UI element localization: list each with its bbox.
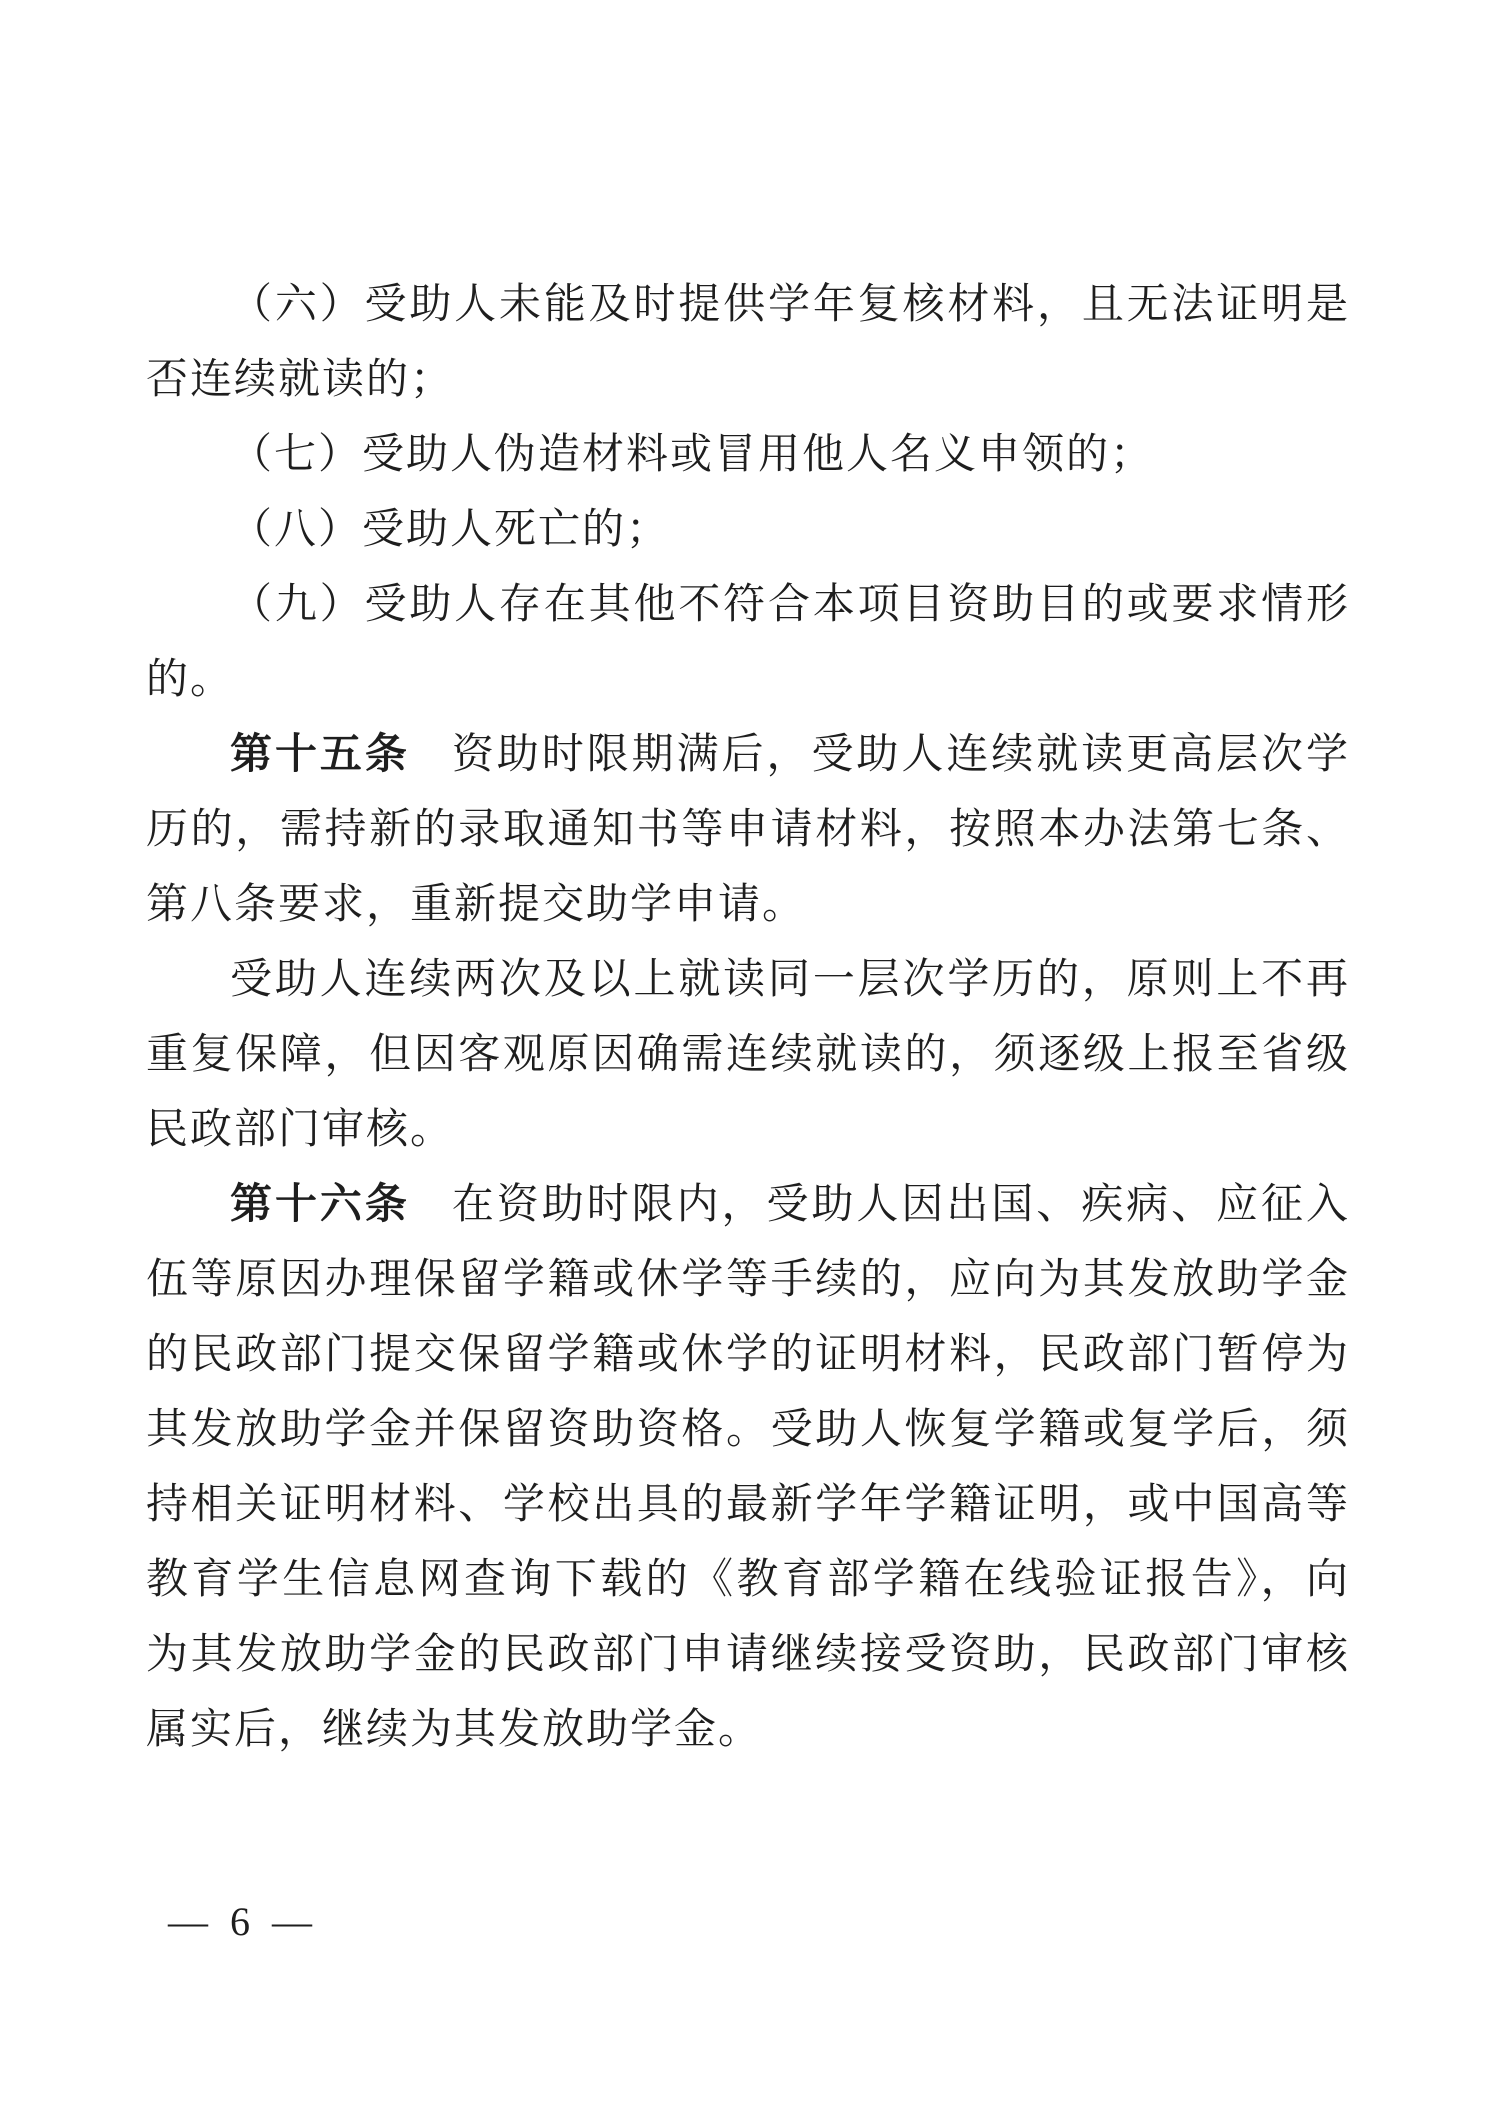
paragraph-text: （八）受助人死亡的；	[230, 507, 670, 553]
paragraph-item-9: （九）受助人存在其他不符合本项目资助目的或要求情形的。	[146, 568, 1350, 718]
paragraph-text: （九）受助人存在其他不符合本项目资助目的或要求情形的。	[146, 582, 1350, 703]
paragraph-text: （七）受助人伪造材料或冒用他人名义申领的；	[230, 432, 1154, 478]
paragraph-text: 在资助时限内，受助人因出国、疾病、应征入伍等原因办理保留学籍或休学等手续的，应向…	[146, 1182, 1350, 1753]
paragraph-article-15-continued: 受助人连续两次及以上就读同一层次学历的，原则上不再重复保障，但因客观原因确需连续…	[146, 943, 1350, 1168]
paragraph-article-15: 第十五条资助时限期满后，受助人连续就读更高层次学历的，需持新的录取通知书等申请材…	[146, 718, 1350, 943]
paragraph-item-7: （七）受助人伪造材料或冒用他人名义申领的；	[146, 418, 1350, 493]
paragraph-item-6: （六）受助人未能及时提供学年复核材料，且无法证明是否连续就读的；	[146, 268, 1350, 418]
paragraph-item-8: （八）受助人死亡的；	[146, 493, 1350, 568]
paragraph-article-16: 第十六条在资助时限内，受助人因出国、疾病、应征入伍等原因办理保留学籍或休学等手续…	[146, 1168, 1350, 1768]
document-body: （六）受助人未能及时提供学年复核材料，且无法证明是否连续就读的； （七）受助人伪…	[146, 268, 1350, 1768]
page-number: — 6 —	[168, 1898, 318, 1945]
paragraph-text: （六）受助人未能及时提供学年复核材料，且无法证明是否连续就读的；	[146, 282, 1350, 403]
document-page: （六）受助人未能及时提供学年复核材料，且无法证明是否连续就读的； （七）受助人伪…	[0, 0, 1488, 2104]
paragraph-text: 受助人连续两次及以上就读同一层次学历的，原则上不再重复保障，但因客观原因确需连续…	[146, 957, 1350, 1153]
article-number: 第十五条	[230, 732, 410, 778]
article-number: 第十六条	[230, 1182, 410, 1228]
